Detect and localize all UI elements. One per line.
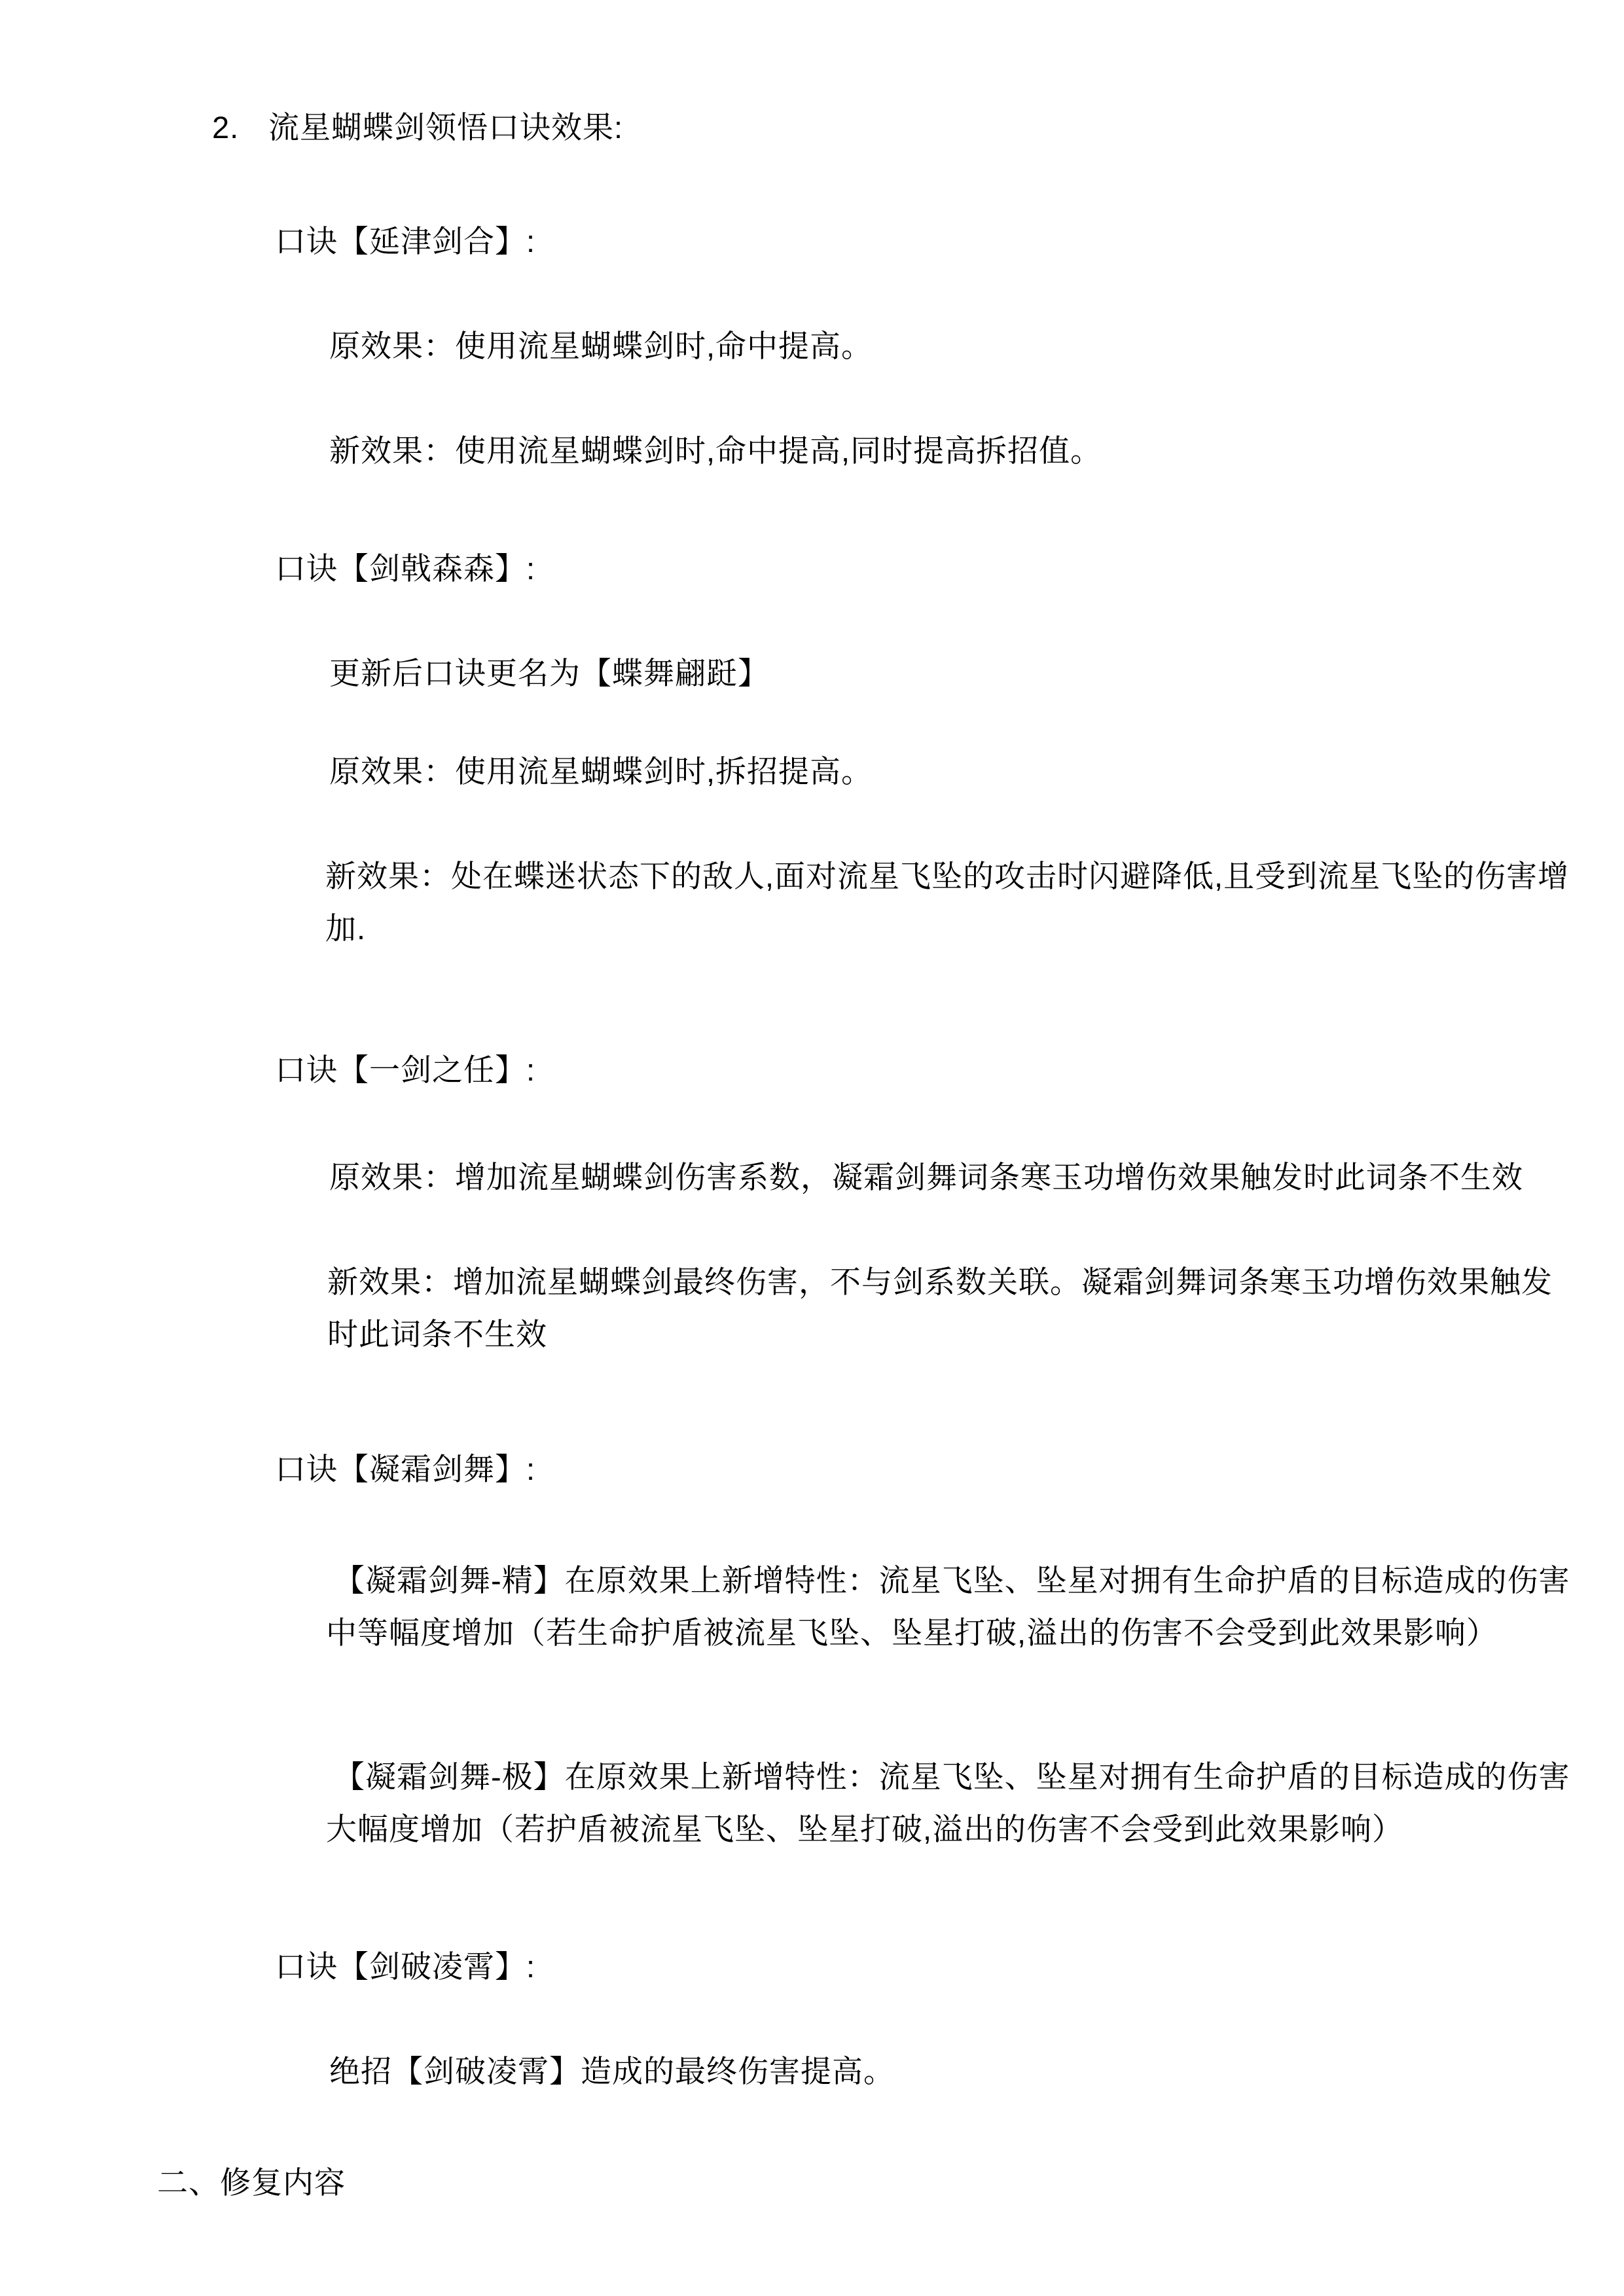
section-two-heading: 二、修复内容 — [157, 2165, 346, 2200]
list-item-number: 2. — [212, 110, 239, 145]
paragraph-line: 时此词条不生效 — [327, 1317, 547, 1352]
paragraph-line: 原效果：使用流星蝴蝶剑时,命中提高。 — [329, 329, 873, 364]
paragraph-line: 中等幅度增加（若生命护盾被流星飞坠、坠星打破,溢出的伤害不会受到此效果影响） — [326, 1615, 1498, 1651]
section-heading: 口诀【延津剑合】: — [275, 224, 535, 259]
paragraph-line: 新效果：处在蝶迷状态下的敌人,面对流星飞坠的攻击时闪避降低,且受到流星飞坠的伤害… — [325, 859, 1569, 894]
section-heading: 口诀【凝霜剑舞】: — [275, 1452, 535, 1487]
paragraph-line: 加. — [325, 911, 366, 946]
paragraph-line: 【凝霜剑舞-极】在原效果上新增特性：流星飞坠、坠星对拥有生命护盾的目标造成的伤害 — [334, 1759, 1570, 1795]
paragraph-line: 更新后口诀更名为【蝶舞翩跹】 — [329, 656, 769, 691]
paragraph-line: 新效果：使用流星蝴蝶剑时,命中提高,同时提高拆招值。 — [329, 433, 1102, 469]
paragraph-line: 绝招【剑破凌霄】造成的最终伤害提高。 — [329, 2054, 895, 2089]
paragraph-line: 原效果：使用流星蝴蝶剑时,拆招提高。 — [329, 754, 873, 789]
document-page: 2. 流星蝴蝶剑领悟口诀效果: 口诀【延津剑合】: 原效果：使用流星蝴蝶剑时,命… — [0, 0, 1624, 2296]
section-heading: 口诀【剑戟森森】: — [275, 551, 535, 586]
paragraph-line: 新效果：增加流星蝴蝶剑最终伤害，不与剑系数关联。凝霜剑舞词条寒玉功增伤效果触发 — [327, 1265, 1553, 1300]
section-heading: 口诀【一剑之任】: — [275, 1052, 535, 1088]
list-item-title: 流星蝴蝶剑领悟口诀效果: — [268, 110, 623, 145]
section-heading: 口诀【剑破凌霄】: — [275, 1949, 535, 1984]
paragraph-line: 【凝霜剑舞-精】在原效果上新增特性：流星飞坠、坠星对拥有生命护盾的目标造成的伤害 — [334, 1563, 1570, 1598]
paragraph-line: 原效果：增加流星蝴蝶剑伤害系数，凝霜剑舞词条寒玉功增伤效果触发时此词条不生效 — [329, 1160, 1523, 1195]
paragraph-line: 大幅度增加（若护盾被流星飞坠、坠星打破,溢出的伤害不会受到此效果影响） — [326, 1812, 1403, 1847]
